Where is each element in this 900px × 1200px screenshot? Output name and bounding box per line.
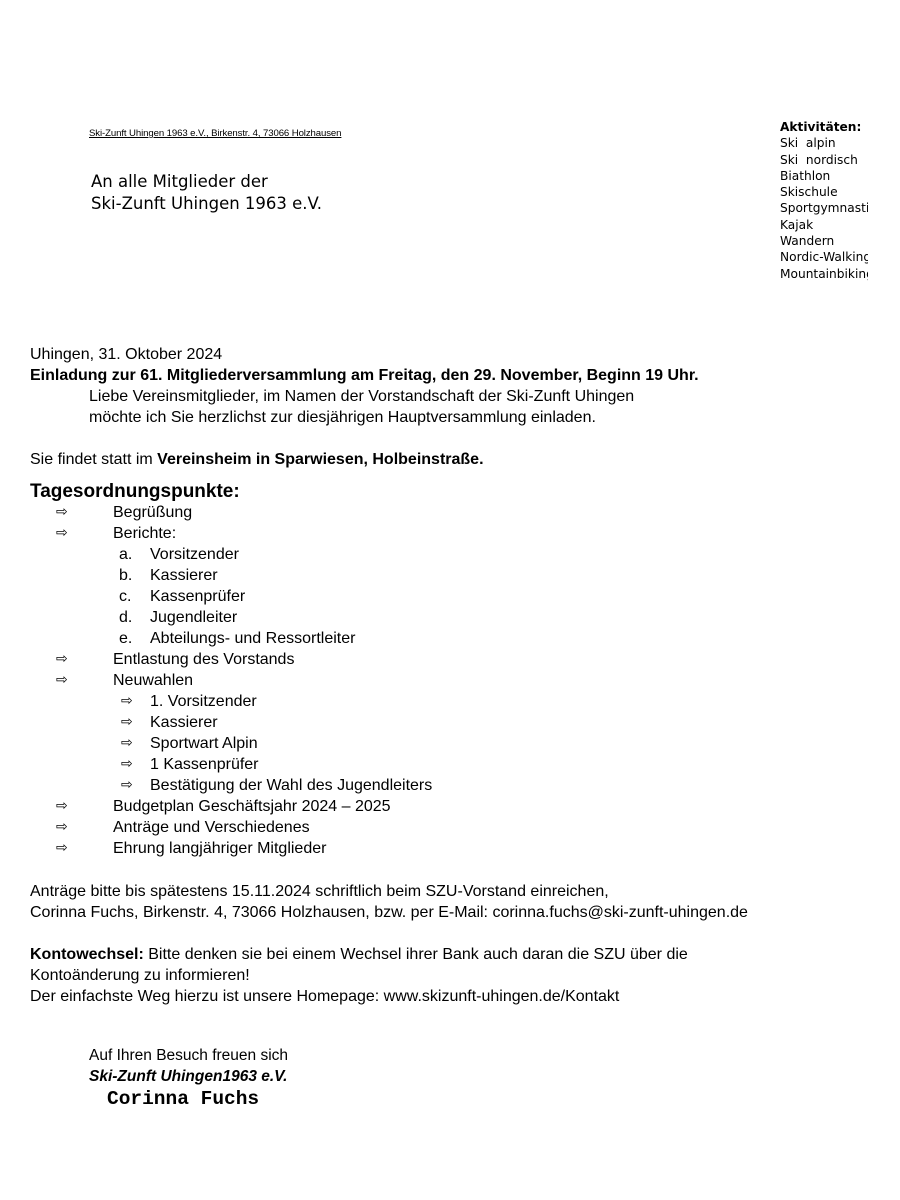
- arrow-right-icon: ⇨: [121, 775, 133, 796]
- recipient-block: An alle Mitglieder der Ski-Zunft Uhingen…: [91, 171, 322, 215]
- invitation-heading: Einladung zur 61. Mitgliederversammlung …: [30, 365, 699, 386]
- agenda-subitem: d.Jugendleiter: [0, 607, 900, 628]
- recipient-line: An alle Mitglieder der: [91, 171, 322, 193]
- motions-line: Corinna Fuchs, Birkenstr. 4, 73066 Holzh…: [30, 902, 748, 923]
- arrow-right-icon: ⇨: [56, 502, 68, 523]
- agenda-subitem-label: Kassierer: [150, 712, 218, 733]
- account-change-label: Kontowechsel:: [30, 946, 144, 963]
- greeting-paragraph: Liebe Vereinsmitglieder, im Namen der Vo…: [89, 386, 634, 428]
- activities-heading: Aktivitäten:: [780, 119, 868, 135]
- agenda-subitem: ⇨1. Vorsitzender: [0, 691, 900, 712]
- arrow-right-icon: ⇨: [56, 817, 68, 838]
- club-signature: Ski-Zunft Uhingen1963 e.V.: [89, 1066, 287, 1087]
- homepage-line: Der einfachste Weg hierzu ist unsere Hom…: [30, 986, 688, 1007]
- arrow-right-icon: ⇨: [121, 691, 133, 712]
- greeting-line: Liebe Vereinsmitglieder, im Namen der Vo…: [89, 386, 634, 407]
- venue-line: Sie findet statt im Vereinsheim in Sparw…: [30, 449, 484, 470]
- agenda-subitem-label: Kassierer: [150, 565, 218, 586]
- recipient-line: Ski-Zunft Uhingen 1963 e.V.: [91, 193, 322, 215]
- list-marker: c.: [119, 586, 131, 607]
- closing-line: Auf Ihren Besuch freuen sich: [89, 1045, 288, 1066]
- agenda-list: ⇨Begrüßung⇨Berichte:a.Vorsitzenderb.Kass…: [0, 502, 900, 859]
- signer-name: Corinna Fuchs: [107, 1087, 259, 1111]
- activity-item: Ski nordisch: [780, 152, 868, 168]
- activity-item: Wandern: [780, 233, 868, 249]
- venue-location: Vereinsheim in Sparwiesen, Holbeinstraße…: [157, 451, 483, 468]
- greeting-line: möchte ich Sie herzlichst zur diesjährig…: [89, 407, 634, 428]
- agenda-subitem-label: Kassenprüfer: [150, 586, 245, 607]
- arrow-right-icon: ⇨: [56, 796, 68, 817]
- agenda-item-label: Anträge und Verschiedenes: [113, 817, 310, 838]
- activity-item: Mountainbiking: [780, 266, 868, 282]
- account-change-line: Kontoänderung zu informieren!: [30, 965, 688, 986]
- agenda-subitem: c.Kassenprüfer: [0, 586, 900, 607]
- activity-item: Skischule: [780, 184, 868, 200]
- agenda-subitem-label: 1. Vorsitzender: [150, 691, 257, 712]
- agenda-item-label: Ehrung langjähriger Mitglieder: [113, 838, 326, 859]
- agenda-subitem: e.Abteilungs- und Ressortleiter: [0, 628, 900, 649]
- agenda-item: ⇨Ehrung langjähriger Mitglieder: [0, 838, 900, 859]
- arrow-right-icon: ⇨: [56, 670, 68, 691]
- arrow-right-icon: ⇨: [56, 838, 68, 859]
- arrow-right-icon: ⇨: [121, 754, 133, 775]
- agenda-subitem-label: Bestätigung der Wahl des Jugendleiters: [150, 775, 432, 796]
- agenda-subitem: ⇨Kassierer: [0, 712, 900, 733]
- agenda-subitem-label: Abteilungs- und Ressortleiter: [150, 628, 355, 649]
- letter-date: Uhingen, 31. Oktober 2024: [30, 344, 222, 365]
- arrow-right-icon: ⇨: [121, 712, 133, 733]
- motions-paragraph: Anträge bitte bis spätestens 15.11.2024 …: [30, 881, 748, 923]
- agenda-title: Tagesordnungspunkte:: [30, 481, 240, 503]
- agenda-item: ⇨Begrüßung: [0, 502, 900, 523]
- arrow-right-icon: ⇨: [121, 733, 133, 754]
- activity-item: Nordic-Walking: [780, 249, 868, 265]
- account-change-paragraph: Kontowechsel: Bitte denken sie bei einem…: [30, 944, 688, 1007]
- agenda-subitem: a.Vorsitzender: [0, 544, 900, 565]
- agenda-item: ⇨Berichte:: [0, 523, 900, 544]
- agenda-subitem: b.Kassierer: [0, 565, 900, 586]
- activity-item: Biathlon: [780, 168, 868, 184]
- arrow-right-icon: ⇨: [56, 523, 68, 544]
- sender-address-line: Ski-Zunft Uhingen 1963 e.V., Birkenstr. …: [89, 128, 341, 139]
- agenda-item: ⇨Budgetplan Geschäftsjahr 2024 – 2025: [0, 796, 900, 817]
- account-change-text: Bitte denken sie bei einem Wechsel ihrer…: [144, 946, 688, 963]
- list-marker: a.: [119, 544, 132, 565]
- agenda-subitem-label: Vorsitzender: [150, 544, 239, 565]
- agenda-item-label: Neuwahlen: [113, 670, 193, 691]
- list-marker: e.: [119, 628, 132, 649]
- agenda-item: ⇨Anträge und Verschiedenes: [0, 817, 900, 838]
- agenda-subitem-label: 1 Kassenprüfer: [150, 754, 259, 775]
- activity-item: Sportgymnastik: [780, 200, 868, 216]
- agenda-subitem-label: Sportwart Alpin: [150, 733, 258, 754]
- agenda-item-label: Budgetplan Geschäftsjahr 2024 – 2025: [113, 796, 391, 817]
- activities-sidebar: Aktivitäten: Ski alpinSki nordischBiathl…: [780, 119, 868, 282]
- agenda-item-label: Entlastung des Vorstands: [113, 649, 294, 670]
- arrow-right-icon: ⇨: [56, 649, 68, 670]
- agenda-item-label: Begrüßung: [113, 502, 192, 523]
- list-marker: d.: [119, 607, 132, 628]
- activities-list: Ski alpinSki nordischBiathlonSkischuleSp…: [780, 135, 868, 282]
- motions-line: Anträge bitte bis spätestens 15.11.2024 …: [30, 881, 748, 902]
- agenda-item: ⇨Neuwahlen: [0, 670, 900, 691]
- agenda-subitem: ⇨Bestätigung der Wahl des Jugendleiters: [0, 775, 900, 796]
- agenda-item-label: Berichte:: [113, 523, 176, 544]
- agenda-item: ⇨Entlastung des Vorstands: [0, 649, 900, 670]
- account-change-line: Kontowechsel: Bitte denken sie bei einem…: [30, 944, 688, 965]
- agenda-subitem: ⇨Sportwart Alpin: [0, 733, 900, 754]
- list-marker: b.: [119, 565, 132, 586]
- activity-item: Kajak: [780, 217, 868, 233]
- venue-prefix: Sie findet statt im: [30, 451, 157, 468]
- agenda-subitem: ⇨1 Kassenprüfer: [0, 754, 900, 775]
- activity-item: Ski alpin: [780, 135, 868, 151]
- agenda-subitem-label: Jugendleiter: [150, 607, 237, 628]
